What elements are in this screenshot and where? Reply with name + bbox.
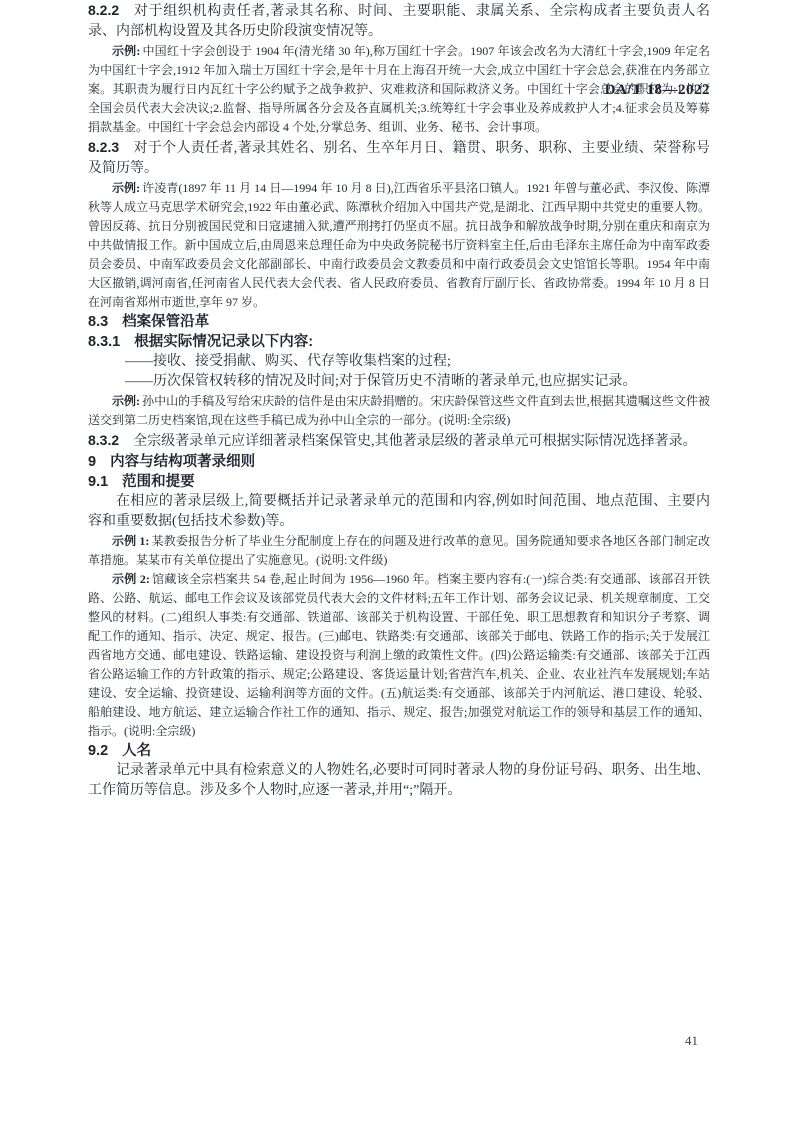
example-text: 中国红十字会创设于 1904 年(清光绪 30 年),称万国红十字会。1907 … [88,44,710,134]
section-heading-8-3: 8.3档案保管沿革 [88,312,710,332]
heading-number: 9.1 [88,474,108,490]
heading-title: 根据实际情况记录以下内容: [134,334,313,350]
example-text: 馆藏该全宗档案共 54 卷,起止时间为 1956—1960 年。档案主要内容有:… [88,572,710,738]
example-label: 示例: [112,181,140,195]
example-8-3-1: 示例:孙中山的手稿及写给宋庆龄的信件是由宋庆龄捐赠的。宋庆龄保管这些文件直到去世… [88,392,710,430]
clause-number: 8.2.2 [88,2,119,18]
clause-text: 对于组织机构责任者,著录其名称、时间、主要职能、隶属关系、全宗构成者主要负责人名… [88,4,710,39]
heading-title: 范围和提要 [122,474,195,490]
section-heading-9-1: 9.1范围和提要 [88,472,710,492]
clause-number: 8.3.2 [88,432,119,448]
example-8-2-3: 示例:许凌青(1897 年 11 月 14 日—1994 年 10 月 8 日)… [88,179,710,312]
example-text: 孙中山的手稿及写给宋庆龄的信件是由宋庆龄捐赠的。宋庆龄保管这些文件直到去世,根据… [88,394,710,427]
example-text: 许凌青(1897 年 11 月 14 日—1994 年 10 月 8 日),江西… [88,181,710,309]
section-heading-8-3-1: 8.3.1根据实际情况记录以下内容: [88,332,710,352]
page-content: 8.2.2对于组织机构责任者,著录其名称、时间、主要职能、隶属关系、全宗构成者主… [88,0,710,801]
clause-text: 对于个人责任者,著录其姓名、别名、生卒年月日、籍贯、职务、职称、主要业绩、荣誉称… [88,141,710,176]
heading-number: 9.2 [88,743,108,759]
heading-title: 档案保管沿革 [122,314,209,330]
section-heading-9: 9内容与结构项著录细则 [88,452,710,472]
example-8-2-2: 示例:中国红十字会创设于 1904 年(清光绪 30 年),称万国红十字会。19… [88,42,710,137]
example-label: 示例: [112,394,140,408]
heading-title: 人名 [122,743,151,759]
clause-8-2-2: 8.2.2对于组织机构责任者,著录其名称、时间、主要职能、隶属关系、全宗构成者主… [88,0,710,42]
example-2-9-1: 示例 2:馆藏该全宗档案共 54 卷,起止时间为 1956—1960 年。档案主… [88,570,710,741]
paragraph-9-2: 记录著录单元中具有检索意义的人物姓名,必要时可同时著录人物的身份证号码、职务、出… [88,761,710,801]
heading-number: 8.3 [88,314,108,330]
example-label: 示例 2: [112,572,150,586]
section-heading-9-2: 9.2人名 [88,741,710,761]
heading-number: 9 [88,454,96,470]
clause-number: 8.2.3 [88,139,119,155]
example-label: 示例 1: [112,534,149,548]
dash-list-item: ——接收、接受捐献、购买、代存等收集档案的过程; [88,352,710,372]
page-number: 41 [685,1033,698,1049]
clause-text: 全宗级著录单元应详细著录档案保管史,其他著录层级的著录单元可根据实际情况选择著录… [133,434,697,449]
paragraph-9-1: 在相应的著录层级上,简要概括并记录著录单元的范围和内容,例如时间范围、地点范围、… [88,492,710,532]
example-text: 某教委报告分析了毕业生分配制度上存在的问题及进行改革的意见。国务院通知要求各地区… [88,534,710,567]
clause-8-2-3: 8.2.3对于个人责任者,著录其姓名、别名、生卒年月日、籍贯、职务、职称、主要业… [88,137,710,179]
document-page: DA/T 18—2022 8.2.2对于组织机构责任者,著录其名称、时间、主要职… [0,0,793,1122]
dash-list-item: ——历次保管权转移的情况及时间;对于保管历史不清晰的著录单元,也应据实记录。 [88,372,710,392]
heading-title: 内容与结构项著录细则 [110,454,255,470]
example-1-9-1: 示例 1:某教委报告分析了毕业生分配制度上存在的问题及进行改革的意见。国务院通知… [88,532,710,570]
example-label: 示例: [112,44,140,58]
clause-8-3-2: 8.3.2全宗级著录单元应详细著录档案保管史,其他著录层级的著录单元可根据实际情… [88,430,710,452]
heading-number: 8.3.1 [88,334,120,350]
